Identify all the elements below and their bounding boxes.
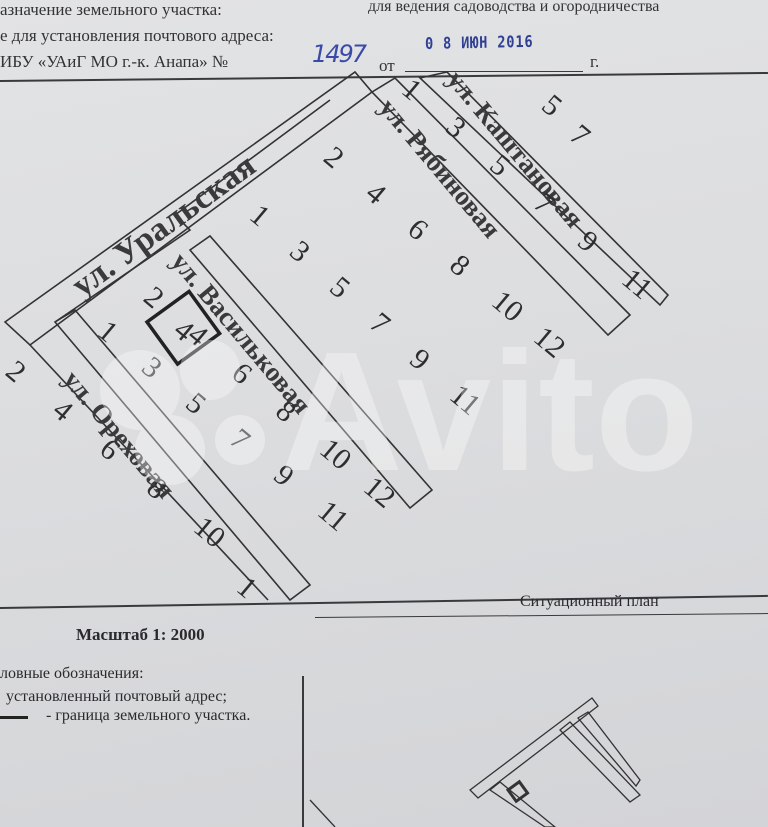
- house-number: 9: [268, 458, 301, 493]
- scale-label: Масштаб 1: 2000: [76, 625, 205, 645]
- legend-item-address: установленный почтовый адрес;: [6, 688, 227, 706]
- house-number: 11: [312, 494, 355, 538]
- house-number: 12: [358, 470, 402, 515]
- situation-plan-title: Ситуационный план: [520, 593, 659, 611]
- house-number: 7: [564, 118, 597, 153]
- situation-plan-frame-left: [302, 676, 304, 827]
- house-number: 7: [364, 306, 397, 341]
- house-number: 6: [402, 212, 435, 247]
- house-number: 8: [444, 248, 477, 283]
- legend-boundary-line-symbol: [0, 716, 28, 719]
- house-number: 4: [360, 176, 393, 211]
- house-number: 5: [180, 386, 213, 421]
- house-number: 9: [572, 224, 605, 259]
- house-number: 2: [318, 140, 351, 175]
- house-number: 10: [188, 510, 232, 555]
- house-number: 12: [528, 320, 572, 365]
- legend-item-boundary: - граница земельного участка.: [46, 707, 250, 725]
- house-number: 4: [47, 393, 80, 428]
- house-number: 5: [536, 88, 569, 123]
- house-number: 1: [244, 198, 277, 233]
- house-number: 9: [404, 342, 437, 377]
- house-number: 10: [486, 284, 530, 329]
- house-number: 2: [0, 354, 32, 389]
- house-number: 11: [444, 378, 487, 422]
- house-number: 7: [224, 422, 257, 457]
- house-number: 3: [284, 234, 317, 269]
- house-number: 3: [136, 350, 169, 385]
- house-number: 1: [231, 570, 264, 605]
- house-number: 5: [324, 270, 357, 305]
- legend-title: ловные обозначения:: [0, 665, 144, 683]
- street-label-uralskaya: ул. Уральская: [65, 147, 262, 305]
- house-number: 1: [92, 314, 125, 349]
- house-number: 6: [226, 356, 259, 391]
